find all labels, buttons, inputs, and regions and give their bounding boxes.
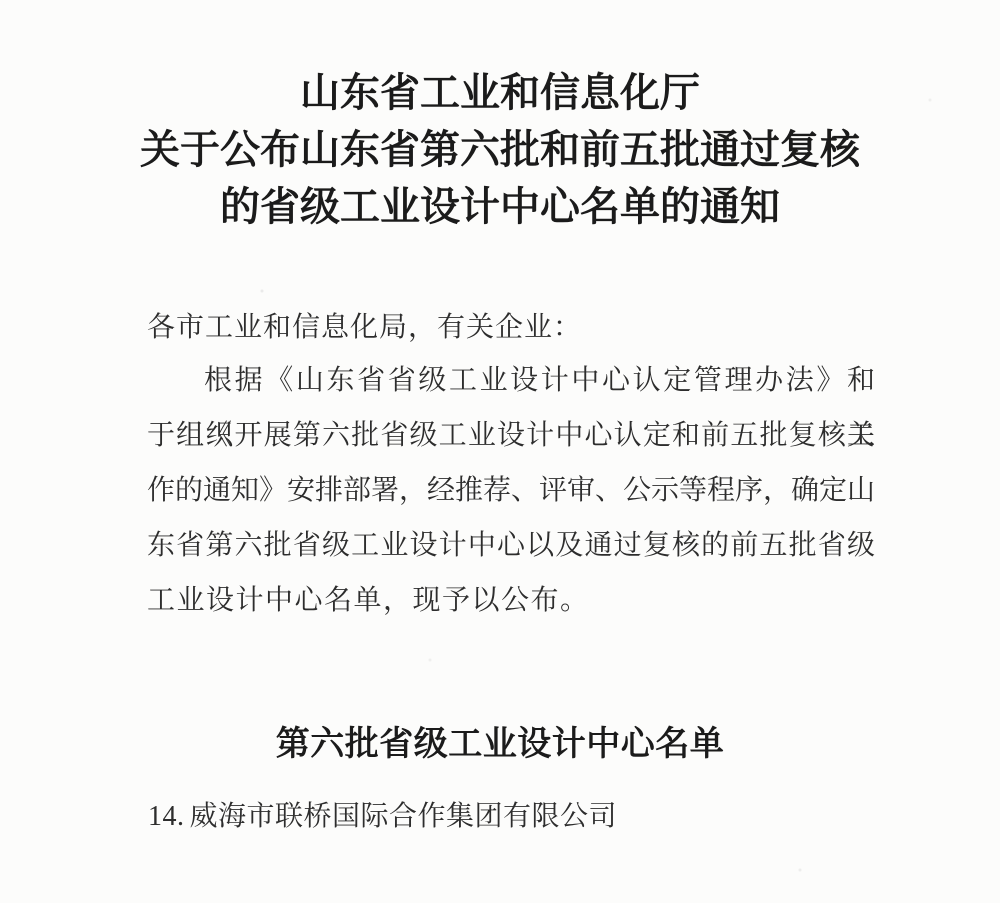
scanned-document-page: 山东省工业和信息化厅 关于公布山东省第六批和前五批通过复核 的省级工业设计中心名…: [0, 0, 1000, 903]
document-title-line-1: 山东省工业和信息化厅: [0, 64, 1000, 121]
document-title-line-2: 关于公布山东省第六批和前五批通过复核: [0, 121, 1000, 178]
document-title: 山东省工业和信息化厅 关于公布山东省第六批和前五批通过复核 的省级工业设计中心名…: [0, 64, 1000, 235]
paragraph-line-4: 东省第六批省级工业设计中心以及通过复核的前五批省级: [147, 518, 875, 573]
body-paragraph: 根据《山东省省级工业设计中心认定管理办法》和《关 于组织开展第六批省级工业设计中…: [147, 353, 875, 628]
list-item-number: 14.: [148, 801, 185, 832]
paragraph-line-3: 作的通知》安排部署，经推荐、评审、公示等程序，确定山: [147, 463, 875, 518]
paragraph-line-1: 根据《山东省省级工业设计中心认定管理办法》和《关: [147, 353, 875, 408]
document-title-line-3: 的省级工业设计中心名单的通知: [0, 178, 1000, 235]
paragraph-line-2: 于组织开展第六批省级工业设计中心认定和前五批复核工: [147, 408, 875, 463]
list-item-name: 威海市联桥国际合作集团有限公司: [190, 801, 618, 832]
paragraph-line-5: 工业设计中心名单，现予以公布。: [147, 573, 875, 628]
section-heading: 第六批省级工业设计中心名单: [0, 716, 1000, 765]
list-item: 14.威海市联桥国际合作集团有限公司: [148, 794, 617, 834]
salutation-line: 各市工业和信息化局，有关企业：: [147, 300, 875, 355]
